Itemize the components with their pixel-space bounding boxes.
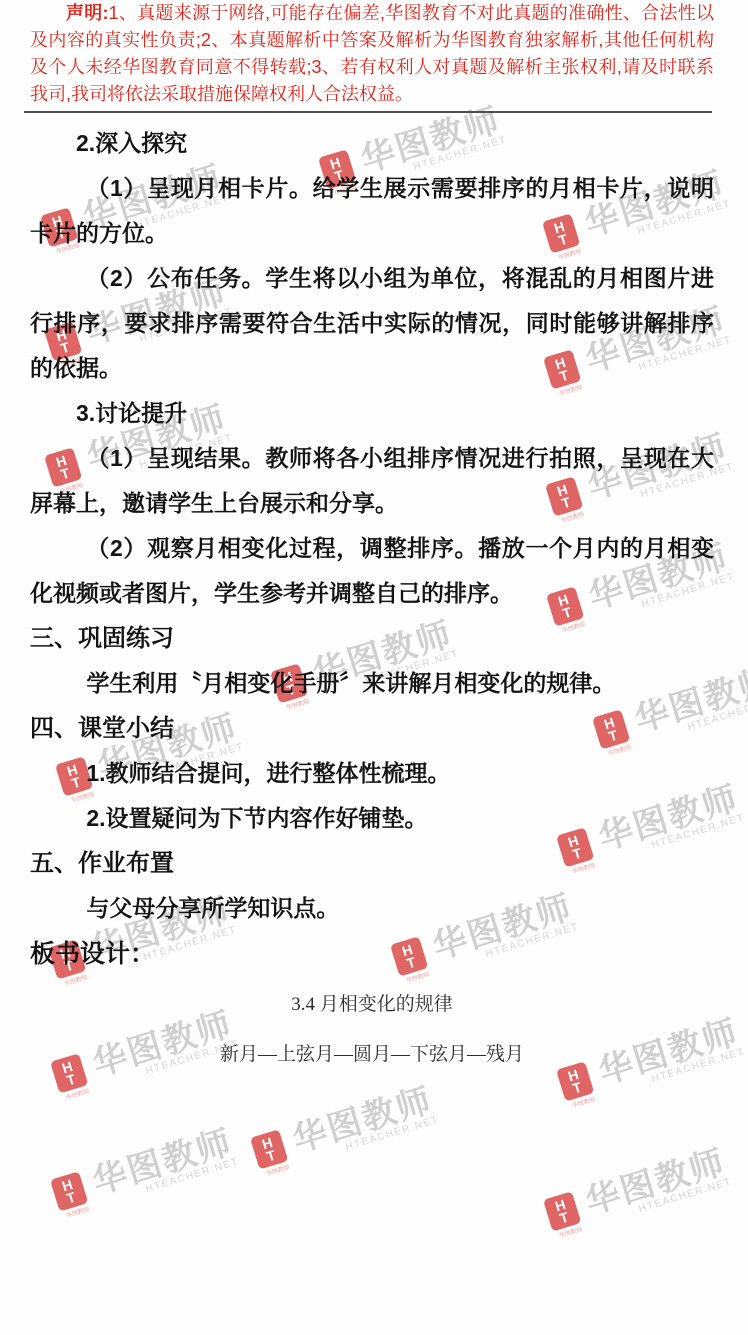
disclaimer: 声明:1、真题来源于网络,可能存在偏差,华图教育不对此真题的准确性、合法性以及内… xyxy=(30,0,714,108)
watermark-domain-text: HTEACHER.NET xyxy=(144,1156,240,1195)
board-design-title: 板书设计： xyxy=(30,931,714,977)
paragraph-announce-task: （2）公布任务。学生将以小组为单位，将混乱的月相图片进行排序，要求排序需要符合生… xyxy=(30,256,714,391)
watermark-logo-caption: 华图教师 xyxy=(566,1093,601,1112)
watermark-brand-text: 华图教师 xyxy=(86,1114,239,1203)
board-line-sequence: 新月—上弦月—圆月—下弦月—残月 xyxy=(30,1032,714,1077)
board-line-topic: 3.4 月相变化的规律 xyxy=(30,982,714,1027)
paragraph-show-results: （1）呈现结果。教师将各小组排序情况进行拍照，呈现在大屏幕上，邀请学生上台展示和… xyxy=(30,436,714,526)
paragraph-consolidation: 学生利用〝月相变化手册〞来讲解月相变化的规律。 xyxy=(30,661,714,706)
watermark: HT华图教师华图教师HTEACHER.NET xyxy=(543,1146,733,1241)
section-summary-title: 四、课堂小结 xyxy=(30,706,714,751)
paragraph-summary-2: 2.设置疑问为下节内容作好铺垫。 xyxy=(30,796,714,841)
huatu-logo-icon: HT华图教师 xyxy=(543,1190,588,1241)
disclaimer-label: 声明: xyxy=(66,3,109,23)
watermark-brand-text: 华图教师 xyxy=(579,1134,732,1223)
step-title-explore: 2.深入探究 xyxy=(30,121,714,166)
step-title-discussion: 3.讨论提升 xyxy=(30,391,714,436)
watermark-logo-caption: 华图教师 xyxy=(60,1085,95,1104)
watermark-domain-text: HTEACHER.NET xyxy=(637,1176,733,1215)
paragraph-show-cards: （1）呈现月相卡片。给学生展示需要排序的月相卡片，说明卡片的方位。 xyxy=(30,166,714,256)
disclaimer-text: 1、真题来源于网络,可能存在偏差,华图教育不对此真题的准确性、合法性以及内容的真… xyxy=(30,3,714,104)
watermark-logo-caption: 华图教师 xyxy=(553,1223,588,1242)
watermark-logo-caption: 华图教师 xyxy=(60,1203,95,1222)
paragraph-summary-1: 1.教师结合提问，进行整体性梳理。 xyxy=(30,751,714,796)
paragraph-homework: 与父母分享所学知识点。 xyxy=(30,886,714,931)
document-page: HT华图教师华图教师HTEACHER.NET HT华图教师华图教师HTEACHE… xyxy=(0,0,748,1335)
watermark-brand-text: 华图教师 xyxy=(286,1072,439,1161)
document-content: 声明:1、真题来源于网络,可能存在偏差,华图教育不对此真题的准确性、合法性以及内… xyxy=(0,0,748,1077)
watermark-domain-text: HTEACHER.NET xyxy=(344,1114,440,1153)
watermark: HT华图教师华图教师HTEACHER.NET xyxy=(50,1126,240,1221)
paragraph-observe-adjust: （2）观察月相变化过程，调整排序。播放一个月内的月相变化视频或者图片，学生参考并… xyxy=(30,526,714,616)
huatu-logo-icon: HT华图教师 xyxy=(50,1170,95,1221)
huatu-logo-icon: HT华图教师 xyxy=(250,1128,295,1179)
watermark: HT华图教师华图教师HTEACHER.NET xyxy=(250,1084,440,1179)
section-homework-title: 五、作业布置 xyxy=(30,841,714,886)
divider-line xyxy=(24,111,712,113)
section-consolidation-title: 三、巩固练习 xyxy=(30,616,714,661)
watermark-logo-caption: 华图教师 xyxy=(260,1161,295,1180)
